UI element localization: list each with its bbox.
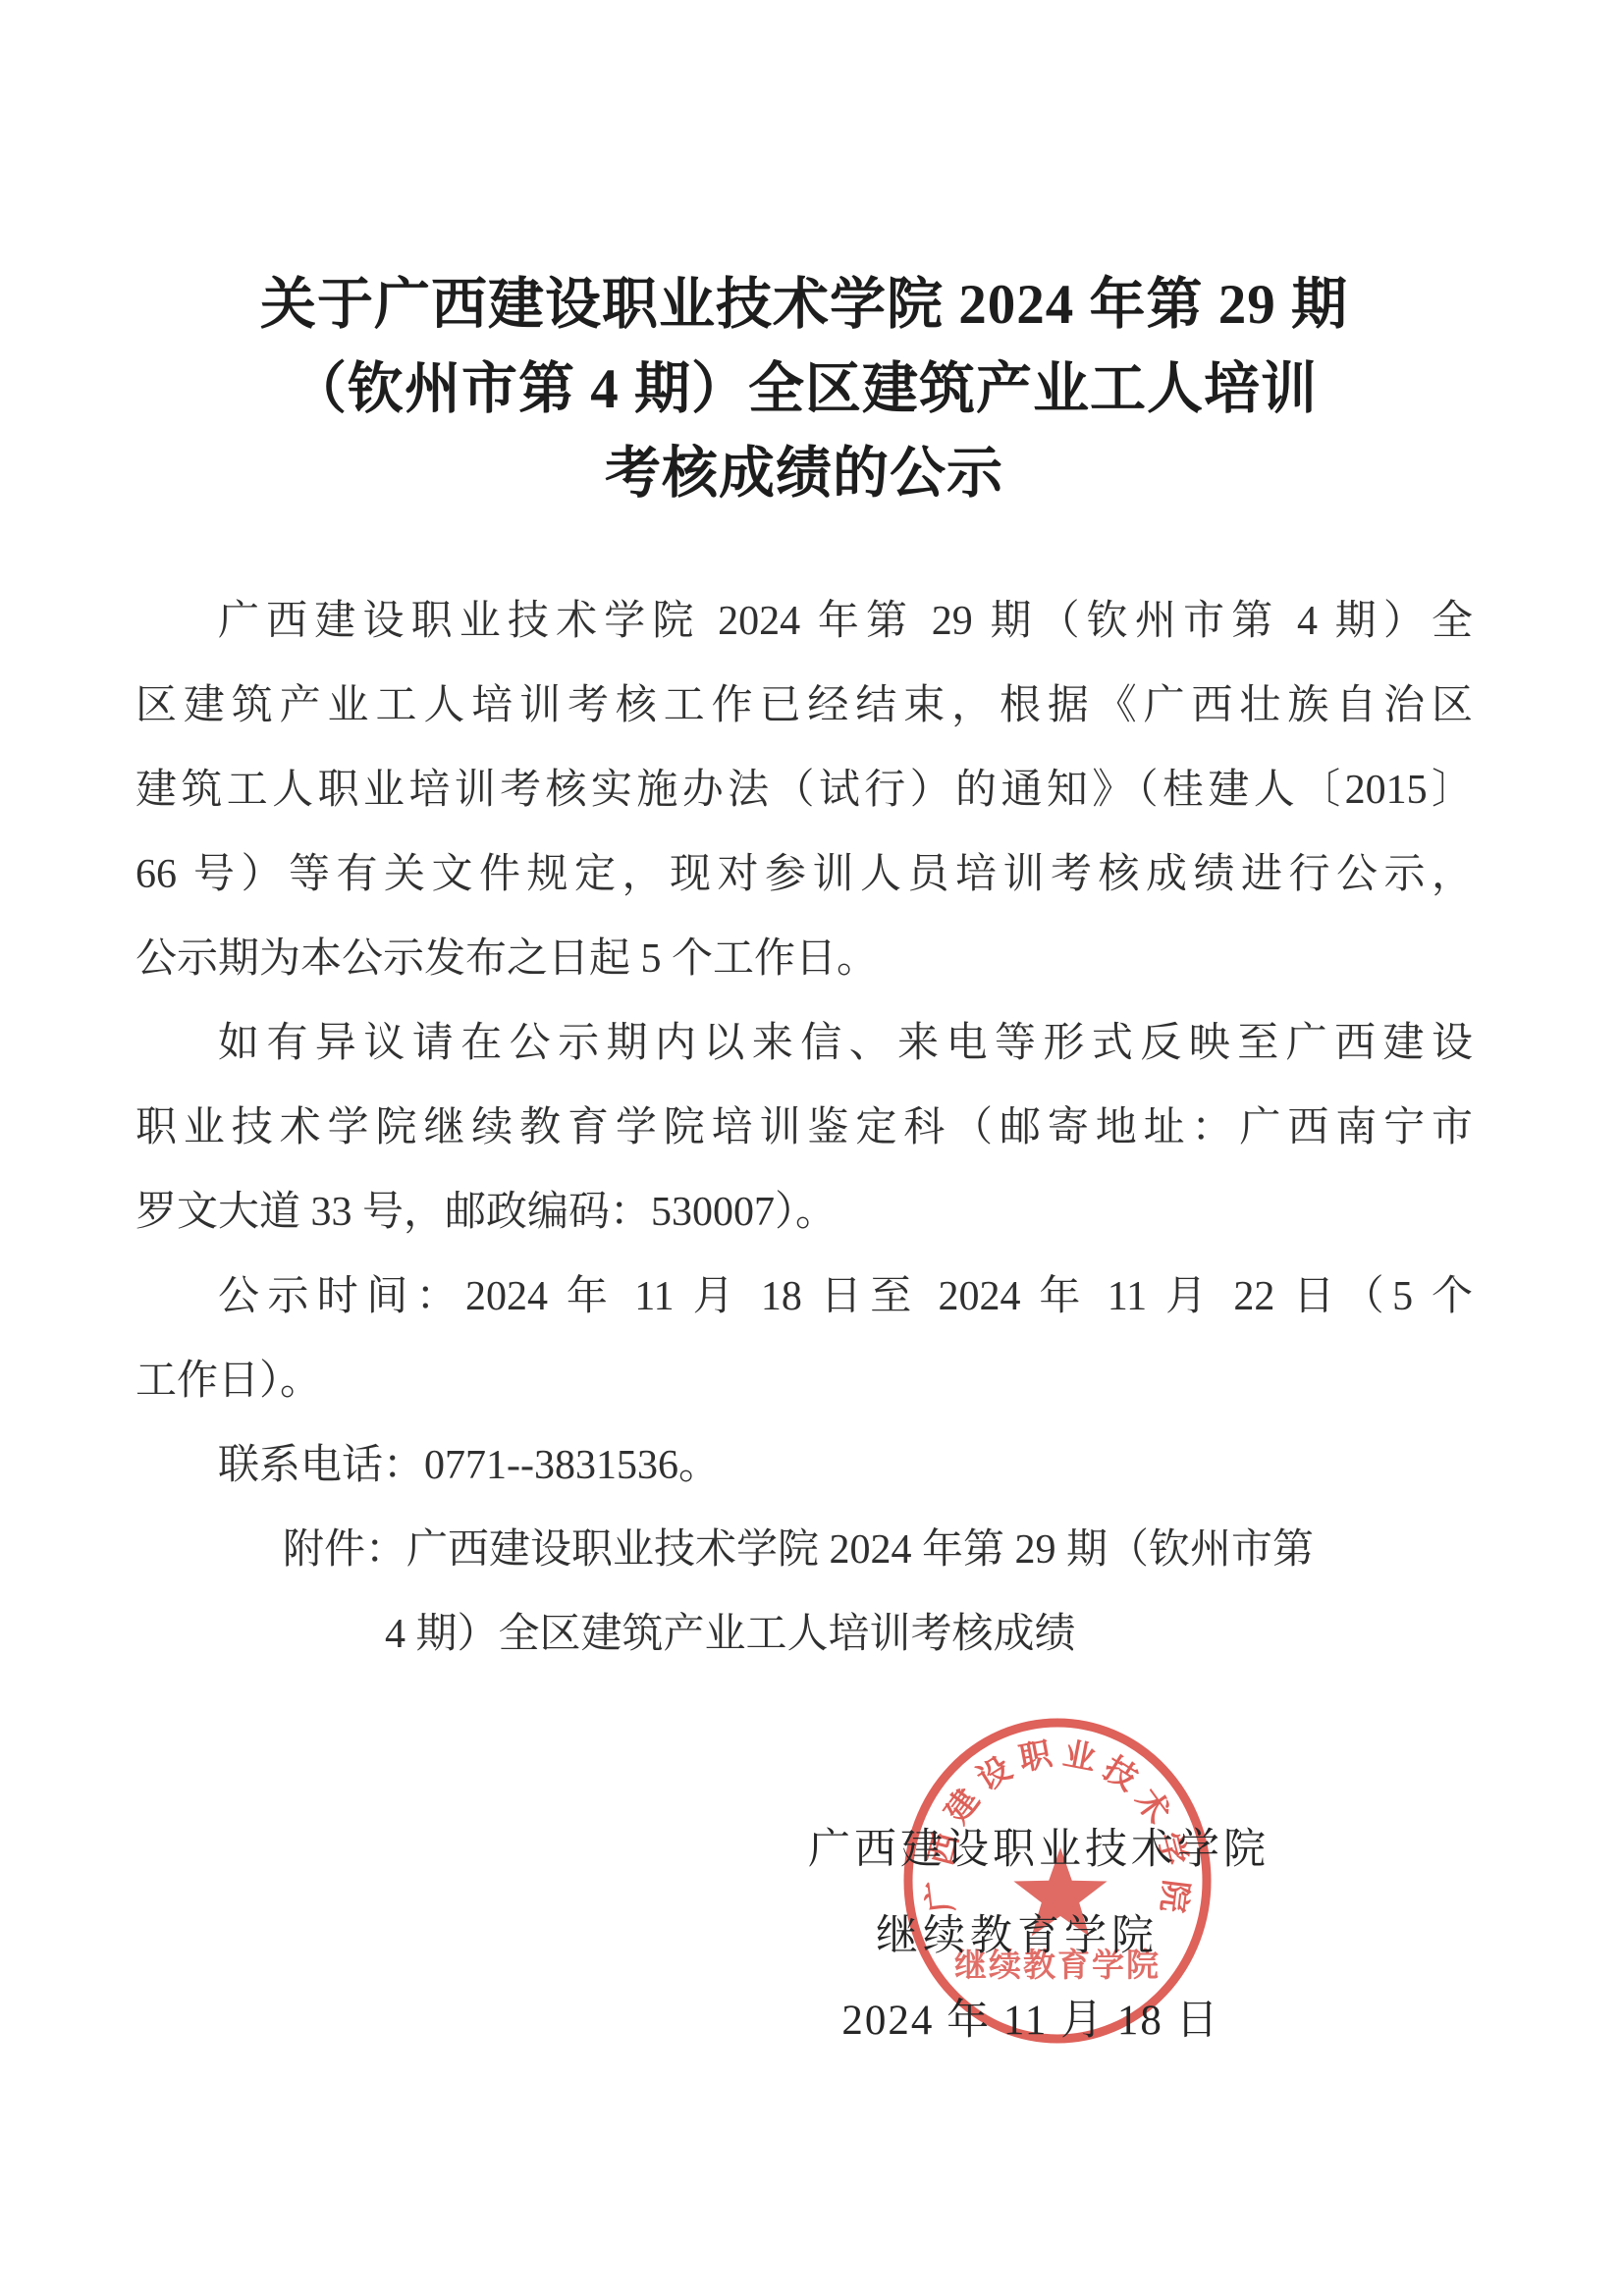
- document-body: 广西建设职业技术学院 2024 年第 29 期（钦州市第 4 期）全 区建筑产业…: [135, 579, 1473, 1508]
- body-line: 公示时间：2024 年 11 月 18 日至 2024 年 11 月 22 日（…: [135, 1255, 1473, 1339]
- title-line: 考核成绩的公示: [135, 432, 1473, 516]
- body-line: 如有异议请在公示期内以来信、来电等形式反映至广西建设: [135, 1001, 1473, 1086]
- title-line: 关于广西建设职业技术学院 2024 年第 29 期: [135, 263, 1473, 347]
- attachment-note: 附件：广西建设职业技术学院 2024 年第 29 期（钦州市第 4 期）全区建筑…: [135, 1508, 1473, 1677]
- seal-arc-char: 技: [1097, 1750, 1144, 1798]
- document-title: 关于广西建设职业技术学院 2024 年第 29 期 （钦州市第 4 期）全区建筑…: [135, 263, 1473, 516]
- title-line: （钦州市第 4 期）全区建筑产业工人培训: [135, 347, 1473, 432]
- body-line: 广西建设职业技术学院 2024 年第 29 期（钦州市第 4 期）全: [135, 579, 1473, 664]
- seal-arc-char: 院: [1154, 1878, 1194, 1914]
- signature-dept-line: 继续教育学院: [876, 1902, 1159, 1962]
- signature-date: 2024 年 11 月 18 日: [841, 1987, 1219, 2047]
- body-line: 建筑工人职业培训考核实施办法（试行）的通知》（桂建人〔2015〕: [135, 748, 1473, 832]
- body-line: 罗文大道 33 号，邮政编码：530007）。: [135, 1170, 1473, 1255]
- attachment-line: 4 期）全区建筑产业工人培训考核成绩: [385, 1592, 1622, 1677]
- body-line: 工作日）。: [135, 1339, 1473, 1423]
- signature-org-line: 广西建设职业技术学院: [808, 1816, 1270, 1876]
- body-line: 联系电话：0771--3831536。: [135, 1423, 1473, 1508]
- seal-arc-char: 设: [971, 1750, 1018, 1798]
- body-line: 66 号）等有关文件规定，现对参训人员培训考核成绩进行公示，: [135, 832, 1473, 917]
- body-line: 区建筑产业工人培训考核工作已经结束，根据《广西壮族自治区: [135, 664, 1473, 748]
- seal-arc-char: 业: [1060, 1737, 1099, 1779]
- body-line: 公示期为本公示发布之日起 5 个工作日。: [135, 917, 1473, 1001]
- body-line: 职业技术学院继续教育学院培训鉴定科（邮寄地址：广西南宁市: [135, 1086, 1473, 1170]
- attachment-line: 附件：广西建设职业技术学院 2024 年第 29 期（钦州市第: [283, 1508, 1620, 1592]
- seal-arc-char: 职: [1016, 1735, 1055, 1778]
- document-page: 关于广西建设职业技术学院 2024 年第 29 期 （钦州市第 4 期）全区建筑…: [0, 0, 1622, 2296]
